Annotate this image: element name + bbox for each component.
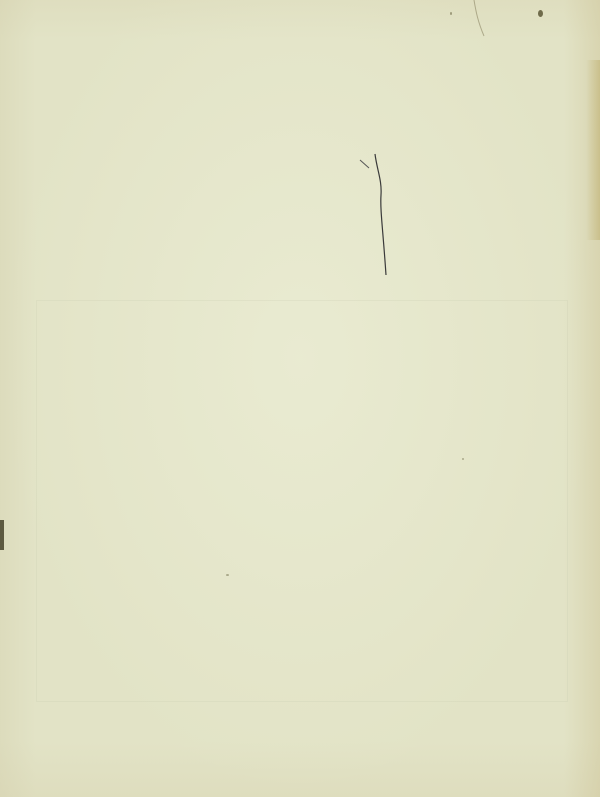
ink-speck <box>538 10 543 17</box>
pencil-mark <box>355 150 395 280</box>
ink-speck <box>462 458 464 460</box>
edge-mark <box>0 520 4 550</box>
plate-bleed-through <box>36 300 568 702</box>
ink-speck <box>450 12 452 15</box>
edge-stain <box>586 60 600 240</box>
crease-mark <box>470 0 490 40</box>
blank-page <box>0 0 600 797</box>
ink-speck <box>226 574 229 576</box>
